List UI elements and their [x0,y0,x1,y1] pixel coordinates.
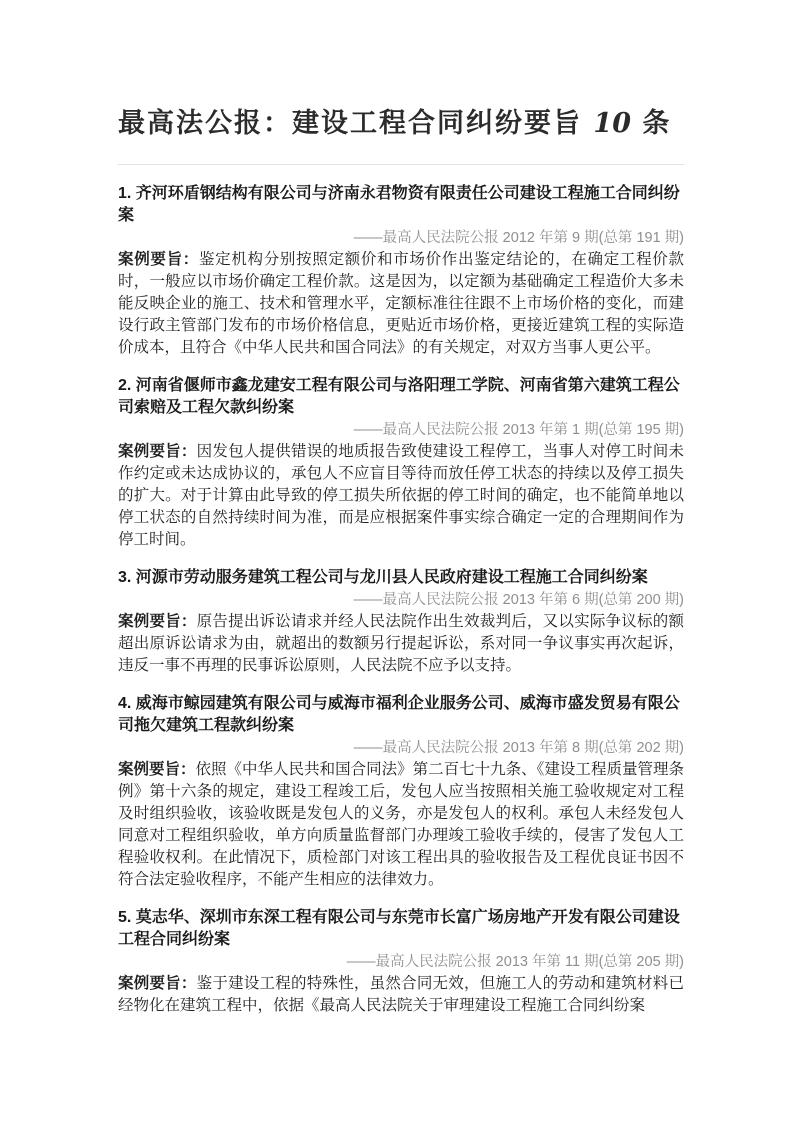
case-citation: ——最高人民法院公报 2013 年第 11 期(总第 205 期) [118,951,684,973]
case-digest: 案例要旨：鉴定机构分别按照定额价和市场价作出鉴定结论的，在确定工程价款时，一般应… [118,249,684,359]
digest-text: 依照《中华人民共和国合同法》第二百七十九条、《建设工程质量管理条例》第十六条的规… [118,761,684,888]
title-divider [118,164,684,165]
digest-label: 案例要旨： [118,761,196,778]
case-citation: ——最高人民法院公报 2013 年第 1 期(总第 195 期) [118,419,684,441]
document-content: 最高法公报：建设工程合同纠纷要旨 10 条 1. 齐河环盾钢结构有限公司与济南永… [118,0,684,1017]
page-title-suffix: 条 [631,108,671,139]
case-digest: 案例要旨：鉴于建设工程的特殊性，虽然合同无效，但施工人的劳动和建筑材料已经物化在… [118,973,684,1017]
case-section-3: 3. 河源市劳动服务建筑工程公司与龙川县人民政府建设工程施工合同纠纷案 ——最高… [118,567,684,677]
digest-label: 案例要旨： [118,443,197,460]
digest-label: 案例要旨： [118,975,197,992]
digest-text: 因发包人提供错误的地质报告致使建设工程停工，当事人对停工时间未作约定或未达成协议… [118,443,684,548]
page-title-number: 10 [593,108,631,139]
case-heading: 3. 河源市劳动服务建筑工程公司与龙川县人民政府建设工程施工合同纠纷案 [118,567,684,589]
case-section-2: 2. 河南省偃师市鑫龙建安工程有限公司与洛阳理工学院、河南省第六建筑工程公司索赔… [118,375,684,551]
page-title-text: 最高法公报：建设工程合同纠纷要旨 [118,108,593,139]
case-citation: ——最高人民法院公报 2012 年第 9 期(总第 191 期) [118,227,684,249]
case-digest: 案例要旨：依照《中华人民共和国合同法》第二百七十九条、《建设工程质量管理条例》第… [118,759,684,891]
digest-text: 鉴于建设工程的特殊性，虽然合同无效，但施工人的劳动和建筑材料已经物化在建筑工程中… [118,975,684,1014]
case-heading: 4. 威海市鲸园建筑有限公司与威海市福利企业服务公司、威海市盛发贸易有限公司拖欠… [118,693,684,737]
page-title: 最高法公报：建设工程合同纠纷要旨 10 条 [118,0,684,144]
case-heading: 2. 河南省偃师市鑫龙建安工程有限公司与洛阳理工学院、河南省第六建筑工程公司索赔… [118,375,684,419]
case-heading: 1. 齐河环盾钢结构有限公司与济南永君物资有限责任公司建设工程施工合同纠纷案 [118,183,684,227]
case-citation: ——最高人民法院公报 2013 年第 6 期(总第 200 期) [118,589,684,611]
case-digest: 案例要旨：因发包人提供错误的地质报告致使建设工程停工，当事人对停工时间未作约定或… [118,441,684,551]
case-section-4: 4. 威海市鲸园建筑有限公司与威海市福利企业服务公司、威海市盛发贸易有限公司拖欠… [118,693,684,891]
digest-text: 原告提出诉讼请求并经人民法院作出生效裁判后，又以实际争议标的额超出原诉讼请求为由… [118,613,684,674]
case-heading: 5. 莫志华、深圳市东深工程有限公司与东莞市长富广场房地产开发有限公司建设工程合… [118,907,684,951]
case-section-1: 1. 齐河环盾钢结构有限公司与济南永君物资有限责任公司建设工程施工合同纠纷案 —… [118,183,684,359]
case-digest: 案例要旨：原告提出诉讼请求并经人民法院作出生效裁判后，又以实际争议标的额超出原诉… [118,611,684,677]
case-citation: ——最高人民法院公报 2013 年第 8 期(总第 202 期) [118,737,684,759]
digest-label: 案例要旨： [118,613,197,630]
digest-label: 案例要旨： [118,251,199,268]
case-section-5: 5. 莫志华、深圳市东深工程有限公司与东莞市长富广场房地产开发有限公司建设工程合… [118,907,684,1017]
document-page: 最高法公报：建设工程合同纠纷要旨 10 条 1. 齐河环盾钢结构有限公司与济南永… [0,0,793,1122]
digest-text: 鉴定机构分别按照定额价和市场价作出鉴定结论的，在确定工程价款时，一般应以市场价确… [118,251,684,356]
